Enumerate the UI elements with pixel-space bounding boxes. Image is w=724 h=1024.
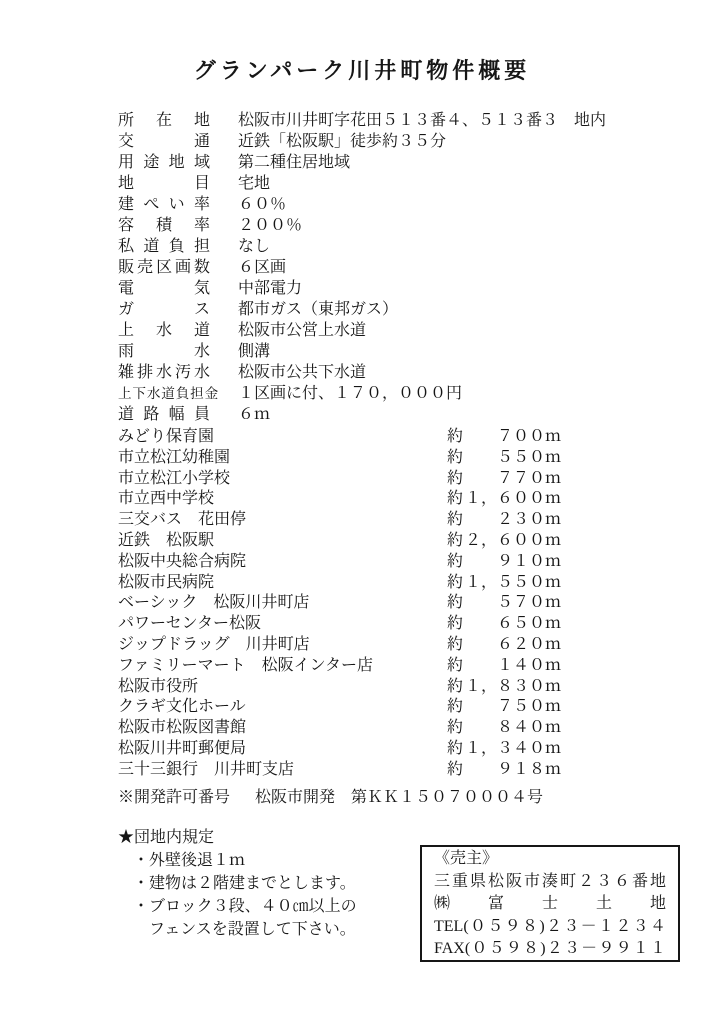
seller-box: 《売主》 三重県松阪市湊町２３６番地 ㈱ 富 士 土 地 TEL(０５９８)２３… <box>420 845 680 962</box>
facility-name: 松阪川井町郵便局 <box>118 739 447 760</box>
distance-cell: 約１，８３０ｍ <box>447 677 561 698</box>
approx-label: 約 <box>447 677 463 698</box>
distance-row: 市立西中学校 約１，６００ｍ <box>118 489 561 510</box>
distance-value: ７７０ｍ <box>497 469 561 490</box>
approx-label: 約 <box>447 656 463 677</box>
facility-name: 三交バス 花田停 <box>118 510 447 531</box>
distance-cell: 約１，３４０ｍ <box>447 739 561 760</box>
detail-value: 松阪市川井町字花田５１３番４、５１３番３ 地内 <box>238 110 606 131</box>
facility-distance-section: みどり保育園 約７００ｍ 市立松江幼稚園 約５５０ｍ 市立松江小学校 約７７０ｍ… <box>118 427 561 781</box>
distance-value: ８４０ｍ <box>497 718 561 739</box>
facility-name: 松阪市役所 <box>118 677 447 698</box>
distance-value: ６５０ｍ <box>497 614 561 635</box>
distance-value: ５５０ｍ <box>497 448 561 469</box>
approx-label: 約 <box>447 531 463 552</box>
approx-label: 約 <box>447 427 463 448</box>
detail-label: 道路幅員 <box>118 404 210 425</box>
permit-label: ※開発許可番号 <box>118 787 255 808</box>
detail-label: 所在地 <box>118 110 210 131</box>
approx-label: 約 <box>447 510 463 531</box>
detail-value: ６ｍ <box>238 404 270 425</box>
permit-number-line: ※開発許可番号 松阪市開発 第ＫＫ１５０７０００４号 <box>118 787 543 808</box>
detail-value: １区画に付、１７０，０００円 <box>238 383 462 404</box>
distance-row: パワーセンター松阪 約６５０ｍ <box>118 614 561 635</box>
distance-row: 三交バス 花田停 約２３０ｍ <box>118 510 561 531</box>
facility-name: 松阪中央総合病院 <box>118 552 447 573</box>
regulation-item: ・ブロック３段、４０㎝以上の <box>133 895 357 918</box>
distance-value: ７５０ｍ <box>497 697 561 718</box>
detail-label: 上水道 <box>118 320 210 341</box>
detail-row: 上下水道負担金 １区画に付、１７０，０００円 <box>118 383 606 404</box>
detail-label: 電気 <box>118 278 210 299</box>
approx-label: 約 <box>447 573 463 594</box>
facility-name: ベーシック 松阪川井町店 <box>118 593 447 614</box>
facility-name: 市立松江幼稚園 <box>118 448 447 469</box>
facility-name: クラギ文化ホール <box>118 697 447 718</box>
detail-label: 建ぺい率 <box>118 194 210 215</box>
distance-row: みどり保育園 約７００ｍ <box>118 427 561 448</box>
detail-row: 所在地 松阪市川井町字花田５１３番４、５１３番３ 地内 <box>118 110 606 131</box>
document-page: グランパーク川井町物件概要 所在地 松阪市川井町字花田５１３番４、５１３番３ 地… <box>0 0 724 1024</box>
seller-address: 三重県松阪市湊町２３６番地 <box>434 871 666 894</box>
approx-label: 約 <box>447 635 463 656</box>
detail-value: なし <box>238 236 270 257</box>
detail-row: 販売区画数 ６区画 <box>118 257 606 278</box>
detail-value: 松阪市公営上水道 <box>238 320 366 341</box>
detail-label: 容積率 <box>118 215 210 236</box>
distance-row: クラギ文化ホール 約７５０ｍ <box>118 697 561 718</box>
detail-label: ガス <box>118 299 210 320</box>
facility-name: ジップドラッグ 川井町店 <box>118 635 447 656</box>
approx-label: 約 <box>447 718 463 739</box>
regulation-item: ・外壁後退１ｍ <box>133 849 357 872</box>
distance-row: 松阪中央総合病院 約９１０ｍ <box>118 552 561 573</box>
distance-cell: 約５７０ｍ <box>447 593 561 614</box>
detail-label: 私道負担 <box>118 236 210 257</box>
detail-row: 道路幅員 ６ｍ <box>118 404 606 425</box>
seller-company-name: ㈱ 富 士 土 地 <box>434 893 666 916</box>
detail-row: ガス 都市ガス（東邦ガス） <box>118 299 606 320</box>
facility-name: 松阪市松阪図書館 <box>118 718 447 739</box>
detail-row: 私道負担 なし <box>118 236 606 257</box>
page-title: グランパーク川井町物件概要 <box>0 54 724 85</box>
detail-value: ６区画 <box>238 257 286 278</box>
distance-value: １，８３０ｍ <box>465 677 561 698</box>
distance-value: ２，６００ｍ <box>465 531 561 552</box>
approx-label: 約 <box>447 739 463 760</box>
distance-row: ジップドラッグ 川井町店 約６２０ｍ <box>118 635 561 656</box>
facility-name: 三十三銀行 川井町支店 <box>118 760 447 781</box>
approx-label: 約 <box>447 614 463 635</box>
detail-value: 中部電力 <box>238 278 302 299</box>
detail-label: 交通 <box>118 131 210 152</box>
detail-row: 上水道 松阪市公営上水道 <box>118 320 606 341</box>
distance-cell: 約１，６００ｍ <box>447 489 561 510</box>
detail-label: 販売区画数 <box>118 257 210 278</box>
detail-value: 松阪市公共下水道 <box>238 362 366 383</box>
distance-row: 松阪市松阪図書館 約８４０ｍ <box>118 718 561 739</box>
distance-cell: 約９１８ｍ <box>447 760 561 781</box>
distance-value: ５７０ｍ <box>497 593 561 614</box>
detail-value: 第二種住居地域 <box>238 152 350 173</box>
distance-cell: 約６２０ｍ <box>447 635 561 656</box>
distance-value: １，６００ｍ <box>465 489 561 510</box>
approx-label: 約 <box>447 593 463 614</box>
distance-value: ６２０ｍ <box>497 635 561 656</box>
detail-value: ２００％ <box>238 215 302 236</box>
facility-name: パワーセンター松阪 <box>118 614 447 635</box>
distance-value: １，３４０ｍ <box>465 739 561 760</box>
approx-label: 約 <box>447 469 463 490</box>
distance-cell: 約８４０ｍ <box>447 718 561 739</box>
detail-label: 地目 <box>118 173 210 194</box>
detail-row: 雑排水汚水 松阪市公共下水道 <box>118 362 606 383</box>
distance-value: ７００ｍ <box>497 427 561 448</box>
detail-row: 建ぺい率 ６０％ <box>118 194 606 215</box>
distance-row: 松阪川井町郵便局 約１，３４０ｍ <box>118 739 561 760</box>
distance-row: ベーシック 松阪川井町店 約５７０ｍ <box>118 593 561 614</box>
detail-value: 宅地 <box>238 173 270 194</box>
facility-name: 市立西中学校 <box>118 489 447 510</box>
detail-row: 交通 近鉄「松阪駅」徒歩約３５分 <box>118 131 606 152</box>
approx-label: 約 <box>447 552 463 573</box>
approx-label: 約 <box>447 489 463 510</box>
distance-row: 市立松江幼稚園 約５５０ｍ <box>118 448 561 469</box>
distance-value: ２３０ｍ <box>497 510 561 531</box>
detail-row: 雨水 側溝 <box>118 341 606 362</box>
distance-row: 三十三銀行 川井町支店 約９１８ｍ <box>118 760 561 781</box>
distance-row: 松阪市役所 約１，８３０ｍ <box>118 677 561 698</box>
facility-name: 松阪市民病院 <box>118 573 447 594</box>
facility-name: ファミリーマート 松阪インター店 <box>118 656 447 677</box>
property-details-section: 所在地 松阪市川井町字花田５１３番４、５１３番３ 地内 交通 近鉄「松阪駅」徒歩… <box>118 110 606 425</box>
facility-name: 近鉄 松阪駅 <box>118 531 447 552</box>
distance-cell: 約１，５５０ｍ <box>447 573 561 594</box>
distance-cell: 約２３０ｍ <box>447 510 561 531</box>
detail-value: 近鉄「松阪駅」徒歩約３５分 <box>238 131 446 152</box>
seller-heading: 《売主》 <box>434 848 666 871</box>
regulations-section: ★団地内規定 ・外壁後退１ｍ ・建物は２階建までとします。 ・ブロック３段、４０… <box>118 827 357 941</box>
seller-tel: TEL(０５９８)２３－１２３４ <box>434 916 666 939</box>
distance-value: ９１８ｍ <box>497 760 561 781</box>
detail-row: 電気 中部電力 <box>118 278 606 299</box>
regulation-item: フェンスを設置して下さい。 <box>133 918 357 941</box>
distance-row: 市立松江小学校 約７７０ｍ <box>118 469 561 490</box>
distance-cell: 約１４０ｍ <box>447 656 561 677</box>
facility-name: みどり保育園 <box>118 427 447 448</box>
facility-name: 市立松江小学校 <box>118 469 447 490</box>
approx-label: 約 <box>447 448 463 469</box>
detail-row: 容積率 ２００％ <box>118 215 606 236</box>
distance-row: 松阪市民病院 約１，５５０ｍ <box>118 573 561 594</box>
detail-row: 用途地域 第二種住居地域 <box>118 152 606 173</box>
regulations-heading: ★団地内規定 <box>118 827 357 849</box>
distance-row: ファミリーマート 松阪インター店 約１４０ｍ <box>118 656 561 677</box>
detail-label: 上下水道負担金 <box>118 383 218 404</box>
detail-label: 雑排水汚水 <box>118 362 210 383</box>
approx-label: 約 <box>447 697 463 718</box>
distance-cell: 約７５０ｍ <box>447 697 561 718</box>
distance-cell: 約２，６００ｍ <box>447 531 561 552</box>
distance-cell: 約６５０ｍ <box>447 614 561 635</box>
distance-row: 近鉄 松阪駅 約２，６００ｍ <box>118 531 561 552</box>
seller-fax: FAX(０５９８)２３－９９１１ <box>434 938 666 961</box>
detail-value: ６０％ <box>238 194 286 215</box>
regulations-list: ・外壁後退１ｍ ・建物は２階建までとします。 ・ブロック３段、４０㎝以上の フェ… <box>133 849 357 941</box>
regulation-item: ・建物は２階建までとします。 <box>133 872 357 895</box>
detail-label: 雨水 <box>118 341 210 362</box>
permit-value: 松阪市開発 第ＫＫ１５０７０００４号 <box>255 787 543 808</box>
distance-value: ９１０ｍ <box>497 552 561 573</box>
detail-value: 都市ガス（東邦ガス） <box>238 299 398 320</box>
distance-cell: 約７７０ｍ <box>447 469 561 490</box>
detail-label: 用途地域 <box>118 152 210 173</box>
distance-cell: 約９１０ｍ <box>447 552 561 573</box>
detail-value: 側溝 <box>238 341 270 362</box>
distance-value: １４０ｍ <box>497 656 561 677</box>
distance-cell: 約５５０ｍ <box>447 448 561 469</box>
approx-label: 約 <box>447 760 463 781</box>
distance-cell: 約７００ｍ <box>447 427 561 448</box>
distance-value: １，５５０ｍ <box>465 573 561 594</box>
detail-row: 地目 宅地 <box>118 173 606 194</box>
